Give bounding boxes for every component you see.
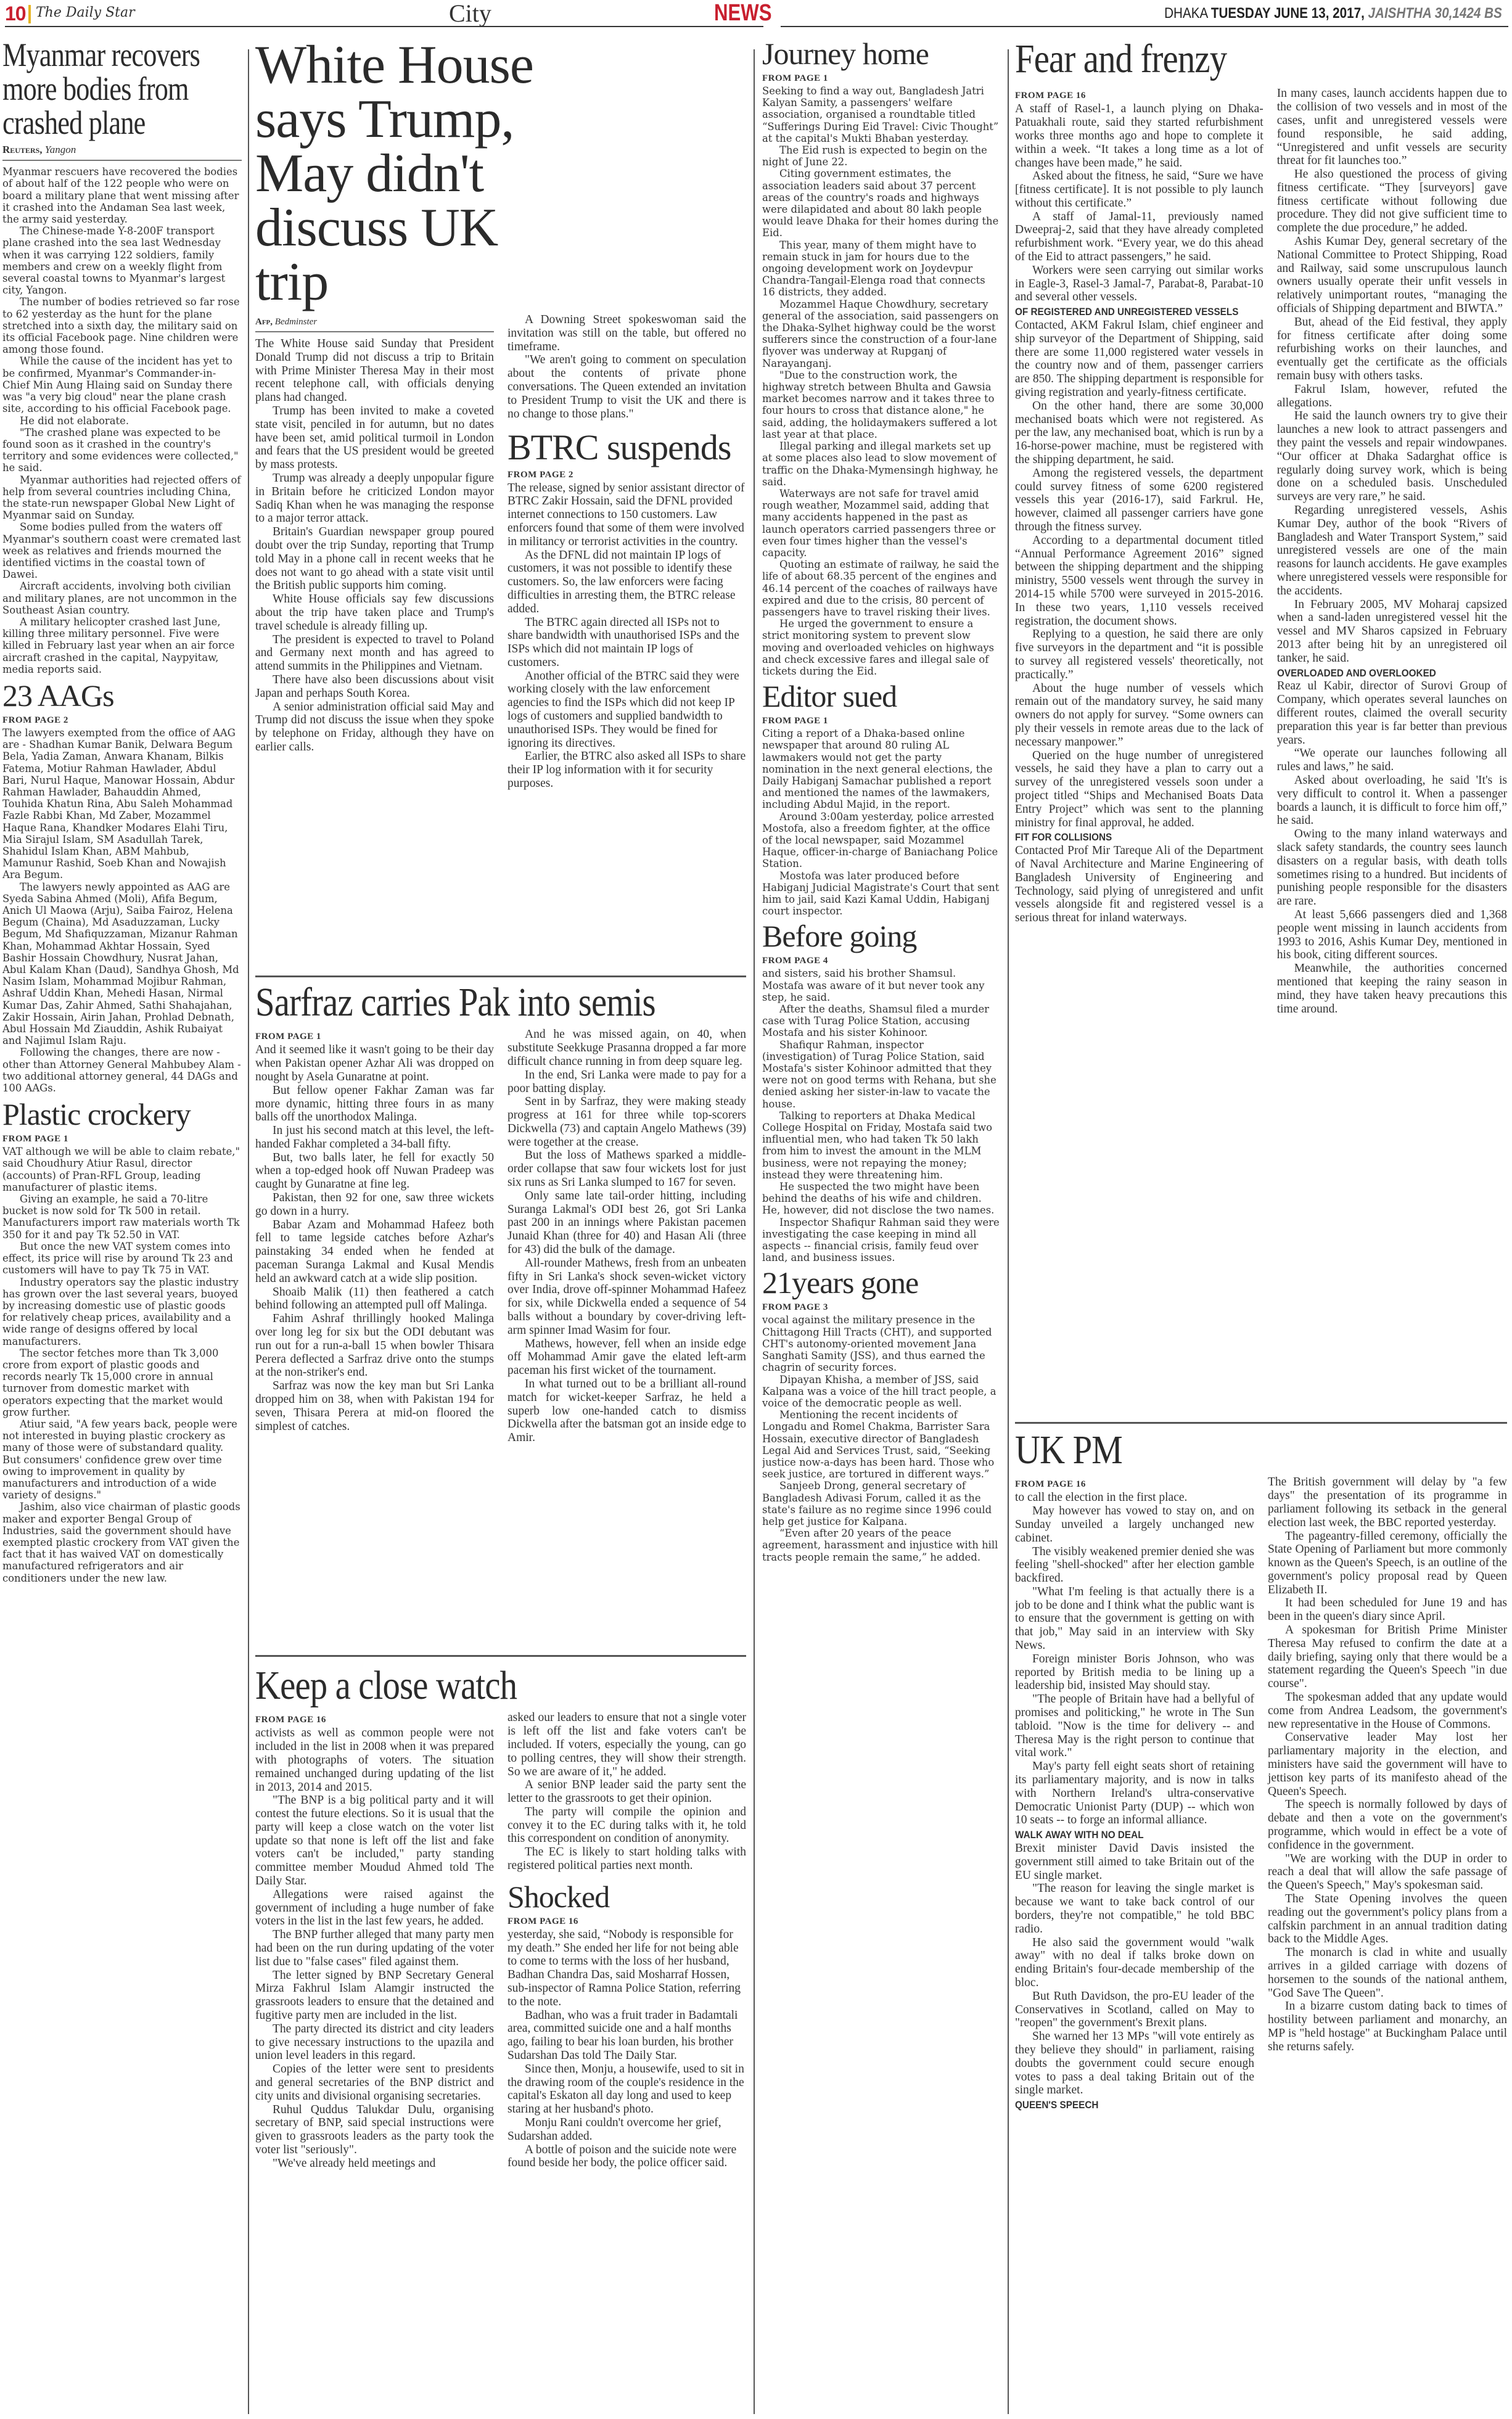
paragraph: “We operate our launches following all r… [1277, 747, 1507, 774]
paragraph: Replying to a question, he said there ar… [1015, 628, 1263, 681]
headline-btrc: BTRC suspends [507, 429, 746, 466]
article-body: The lawyers exempted from the office of … [2, 727, 242, 1094]
paragraph: The sector fetches more than Tk 3,000 cr… [2, 1347, 242, 1418]
headline-21-years-gone: 21years gone [762, 1267, 1000, 1299]
masthead-rule [781, 26, 1508, 27]
paragraph: Brexit minister David Davis insisted the… [1015, 1842, 1254, 1882]
paragraph: asked our leaders to ensure that not a s… [507, 1711, 746, 1778]
byline: Afp, Bedminster [255, 317, 494, 327]
paragraph: A senior BNP leader said the party sent … [507, 1778, 746, 1805]
dateline-date: TUESDAY JUNE 13, 2017, [1211, 5, 1365, 22]
paragraph: On the other hand, there are some 30,000… [1015, 400, 1263, 467]
paragraph: Fakrul Islam, however, refuted the alleg… [1277, 383, 1507, 410]
paragraph: In a bizarre custom dating back to times… [1268, 2000, 1507, 2053]
paragraph: Shafiqur Rahman, inspector (investigatio… [762, 1039, 1000, 1110]
subheading: OF REGISTERED AND UNREGISTERED VESSELS [1015, 305, 1238, 319]
paragraph: The lawyers newly appointed as AAG are S… [2, 881, 242, 1047]
paragraph: “Even after 20 years of the peace agreem… [762, 1527, 1000, 1563]
paragraph: "The people of Britain have had a bellyf… [1015, 1693, 1254, 1760]
paragraph: Atiur said, "A few years back, people we… [2, 1418, 242, 1501]
paragraph: Meanwhile, the authorities concerned men… [1277, 962, 1507, 1016]
paragraph: May's party fell eight seats short of re… [1015, 1760, 1254, 1827]
paragraph: Owing to the many inland waterways and s… [1277, 828, 1507, 908]
from-page-label: FROM PAGE 4 [762, 956, 1000, 966]
paragraph: vocal against the military presence in t… [762, 1314, 1000, 1373]
paragraph: He urged the government to ensure a stri… [762, 618, 1000, 677]
paragraph: "Due to the construction work, the highw… [762, 369, 1000, 440]
byline-rule [255, 331, 494, 332]
paragraph: While the cause of the incident has yet … [2, 355, 242, 414]
paragraph: The president is expected to travel to P… [255, 633, 494, 673]
article-keep-close-watch: Keep a close watch FROM PAGE 16 activist… [255, 1665, 746, 2414]
paragraph: White House officials say few discussion… [255, 593, 494, 633]
paragraph: Seeking to find a way out, Bangladesh Ja… [762, 85, 1000, 144]
paragraph: Conservative leader May lost her parliam… [1268, 1731, 1507, 1798]
paragraph: He also questioned the process of giving… [1277, 168, 1507, 235]
headline-uk-pm: UK PM [1015, 1429, 1438, 1471]
paragraph: He said the launch owners try to give th… [1277, 409, 1507, 504]
block-white-house: White House says Trump, May didn't discu… [255, 38, 746, 975]
paragraph: Giving an example, he said a 70-litre bu… [2, 1193, 242, 1241]
article-uk-pm: UK PM FROM PAGE 16 to call the election … [1015, 1429, 1507, 2414]
paragraph: Sent in by Sarfraz, they were making ste… [507, 1095, 746, 1149]
from-page-label: FROM PAGE 16 [1015, 91, 1263, 101]
paragraph: A Downing Street spokeswoman said the in… [507, 313, 746, 353]
headline-plastic-crockery: Plastic crockery [2, 1099, 242, 1130]
article-aags: 23 AAGs FROM PAGE 2 The lawyers exempted… [2, 680, 242, 1094]
paragraph: The party will compile the opinion and c… [507, 1805, 746, 1846]
article-shocked: Shocked FROM PAGE 16 yesterday, she said… [507, 1881, 746, 2170]
subheading: OVERLOADED AND OVERLOOKED [1277, 667, 1484, 680]
paragraph: VAT although we will be able to claim re… [2, 1146, 242, 1193]
paragraph: She warned her 13 MPs "will vote entirel… [1015, 2030, 1254, 2097]
paragraph: The British government will delay by "a … [1268, 1476, 1507, 1529]
paragraph: Inspector Shafiqur Rahman said they were… [762, 1217, 1000, 1264]
from-page-label: FROM PAGE 2 [2, 715, 242, 726]
paragraph: A senior administration official said Ma… [255, 700, 494, 754]
paragraph: The White House said Sunday that Preside… [255, 337, 494, 405]
article-body: activists as well as common people were … [255, 1727, 494, 2170]
article-body: A staff of Rasel-1, a launch plying on D… [1015, 102, 1263, 925]
column-center-right: Journey home FROM PAGE 1 Seeking to find… [762, 38, 1000, 2412]
dateline-bangla-date: JAISHTHA 30,1424 BS [1365, 5, 1502, 22]
section-title: City [449, 0, 491, 28]
page-number-divider [28, 5, 31, 23]
paragraph: Citing a report of a Dhaka-based online … [762, 728, 1000, 810]
paragraph: "We've already held meetings and [255, 2157, 494, 2171]
paragraph: Ruhul Quddus Talukdar Dulu, organising s… [255, 2103, 494, 2157]
paragraph: Trump was already a deeply unpopular fig… [255, 472, 494, 525]
paragraph: Jashim, also vice chairman of plastic go… [2, 1501, 242, 1583]
paragraph: At least 5,666 passengers died and 1,368… [1277, 908, 1507, 962]
headline-white-house: White House says Trump, May didn't discu… [255, 38, 576, 310]
from-page-label: FROM PAGE 16 [1015, 1479, 1254, 1490]
paragraph: Fahim Ashraf thrillingly hooked Malinga … [255, 1312, 494, 1379]
paragraph: yesterday, she said, “Nobody is responsi… [507, 1928, 746, 2009]
paragraph: The release, signed by senior assistant … [507, 482, 746, 549]
paragraph: Contacted Prof Mir Tareque Ali of the De… [1015, 844, 1263, 925]
paragraph: A staff of Jamal-11, previously named Dw… [1015, 210, 1263, 264]
paragraph: Myanmar authorities had rejected offers … [2, 474, 242, 522]
column-divider [1008, 49, 1009, 2414]
column-left: Myanmar recovers more bodies from crashe… [2, 38, 242, 2412]
article-body: Seeking to find a way out, Bangladesh Ja… [762, 85, 1000, 677]
byline-place: Bedminster [275, 317, 317, 327]
article-body: The White House said Sunday that Preside… [255, 337, 494, 754]
paragraph: "The BNP is a big political party and it… [255, 1794, 494, 1888]
article-body: yesterday, she said, “Nobody is responsi… [507, 1928, 746, 2170]
paragraph: But Ruth Davidson, the pro-EU leader of … [1015, 1990, 1254, 2030]
paragraph: In just his second match at this level, … [255, 1124, 494, 1151]
article-body: asked our leaders to ensure that not a s… [507, 1711, 746, 1873]
paragraph: He also said the government would "walk … [1015, 1936, 1254, 1990]
headline-myanmar: Myanmar recovers more bodies from crashe… [2, 38, 240, 140]
paragraph: Sarfraz was now the key man but Sri Lank… [255, 1379, 494, 1433]
headline-sarfraz: Sarfraz carries Pak into semis [255, 982, 678, 1023]
paragraph: Mathews, however, fell when an inside ed… [507, 1337, 746, 1378]
paragraph: The pageantry-filled ceremony, officiall… [1268, 1530, 1507, 1597]
news-label: NEWS [714, 0, 771, 27]
paragraph: This year, many of them might have to re… [762, 239, 1000, 298]
paragraph: Around 3:00am yesterday, police arrested… [762, 811, 1000, 870]
from-page-label: FROM PAGE 1 [762, 716, 1000, 726]
article-body: And he was missed again, on 40, when sub… [507, 1028, 746, 1445]
section-divider [255, 1655, 746, 1657]
paragraph: Britain's Guardian newspaper group poure… [255, 525, 494, 593]
paragraph: In the end, Sri Lanka were made to pay f… [507, 1069, 746, 1096]
paragraph: But fellow opener Fakhar Zaman was far m… [255, 1084, 494, 1124]
headline-before-going: Before going [762, 921, 1000, 952]
byline: Reuters, Yangon [2, 144, 242, 156]
paragraph: And he was missed again, on 40, when sub… [507, 1028, 746, 1068]
column-divider [754, 49, 755, 2414]
paragraph: About the huge number of vessels which r… [1015, 682, 1263, 749]
paragraph: Reaz ul Kabir, director of Surovi Group … [1277, 680, 1507, 747]
paragraph: Earlier, the BTRC also asked all ISPs to… [507, 750, 746, 790]
headline-keep-close-watch: Keep a close watch [255, 1665, 678, 1706]
paragraph: Asked about the fitness, he said, “Sure … [1015, 170, 1263, 210]
paragraph: Myanmar rescuers have recovered the bodi… [2, 166, 242, 225]
paragraph: Monju Rani couldn't overcome her grief, … [507, 2116, 746, 2143]
paragraph: And it seemed like it wasn't going to be… [255, 1043, 494, 1083]
page-number: 10 [5, 2, 26, 25]
paragraph: Only same late tail-order hitting, inclu… [507, 1189, 746, 1257]
paragraph: In many cases, launch accidents happen d… [1277, 87, 1507, 168]
paragraph: Another official of the BTRC said they w… [507, 670, 746, 750]
headline-journey-home: Journey home [762, 38, 1000, 70]
paragraph: The Eid rush is expected to begin on the… [762, 144, 1000, 168]
paragraph: "The reason for leaving the single marke… [1015, 1882, 1254, 1936]
paragraph: Trump has been invited to make a coveted… [255, 405, 494, 472]
article-body: Myanmar rescuers have recovered the bodi… [2, 166, 242, 675]
article-btrc: BTRC suspends FROM PAGE 2 The release, s… [507, 429, 746, 790]
article-sarfraz: Sarfraz carries Pak into semis FROM PAGE… [255, 982, 746, 1604]
paragraph: But the loss of Mathews sparked a middle… [507, 1149, 746, 1189]
column-divider [248, 49, 249, 2414]
article-body: The British government will delay by "a … [1268, 1476, 1507, 2053]
from-page-label: FROM PAGE 1 [2, 1134, 242, 1144]
article-body: to call the election in the first place.… [1015, 1491, 1254, 2112]
article-journey-home: Journey home FROM PAGE 1 Seeking to find… [762, 38, 1000, 677]
from-page-label: FROM PAGE 16 [507, 1916, 746, 1927]
paragraph: A staff of Rasel-1, a launch plying on D… [1015, 102, 1263, 170]
section-divider [1015, 1422, 1507, 1424]
paragraph: Regarding unregistered vessels, Ashis Ku… [1277, 504, 1507, 598]
paragraph: Asked about overloading, he said 'It's i… [1277, 774, 1507, 828]
paragraph: "We aren't going to comment on speculati… [507, 353, 746, 421]
article-body: Citing a report of a Dhaka-based online … [762, 728, 1000, 917]
article-fear-and-frenzy: Fear and frenzy FROM PAGE 16 A staff of … [1015, 38, 1507, 1419]
paragraph: All-rounder Mathews, fresh from an unbea… [507, 1257, 746, 1337]
subheading: FIT FOR COLLISIONS [1015, 831, 1238, 844]
byline-place: Yangon [45, 144, 76, 155]
paragraph: The BTRC again directed all ISPs not to … [507, 616, 746, 670]
headline-fear-and-frenzy: Fear and frenzy [1015, 38, 1438, 80]
paragraph: A bottle of poison and the suicide note … [507, 2143, 746, 2171]
section-divider [255, 975, 746, 977]
paragraph: The letter signed by BNP Secretary Gener… [255, 1969, 494, 2023]
paragraph: Quoting an estimate of railway, he said … [762, 559, 1000, 618]
paragraph: The number of bodies retrieved so far ro… [2, 296, 242, 355]
paragraph: Mostofa was later produced before Habiga… [762, 870, 1000, 918]
paragraph: He suspected the two might have been beh… [762, 1181, 1000, 1217]
byline-agency: Reuters, [2, 144, 43, 155]
paragraph: The spokesman added that any update woul… [1268, 1691, 1507, 1731]
paragraph: Copies of the letter were sent to presid… [255, 2063, 494, 2103]
paragraph: Among the registered vessels, the depart… [1015, 467, 1263, 534]
paragraph: The State Opening involves the queen rea… [1268, 1892, 1507, 1946]
paragraph: The EC is likely to start holding talks … [507, 1846, 746, 1873]
paragraph: Workers were seen carrying out similar w… [1015, 264, 1263, 304]
paragraph: After the deaths, Shamsul filed a murder… [762, 1003, 1000, 1039]
article-body: VAT although we will be able to claim re… [2, 1146, 242, 1584]
paragraph: A spokesman for British Prime Minister T… [1268, 1624, 1507, 1691]
article-myanmar: Myanmar recovers more bodies from crashe… [2, 38, 242, 675]
subheading: WALK AWAY WITH NO DEAL [1015, 1828, 1230, 1842]
paragraph: The lawyers exempted from the office of … [2, 727, 242, 881]
article-21-years-gone: 21years gone FROM PAGE 3 vocal against t… [762, 1267, 1000, 1563]
paragraph: May however has vowed to stay on, and on… [1015, 1505, 1254, 1545]
paragraph: Following the changes, there are now - o… [2, 1046, 242, 1094]
paragraph: The Chinese-made Y-8-200F transport plan… [2, 225, 242, 296]
paragraph: There have also been discussions about v… [255, 673, 494, 700]
paragraph: Babar Azam and Mohammad Hafeez both fell… [255, 1218, 494, 1286]
paragraph: But, two balls later, he fell for exactl… [255, 1151, 494, 1191]
paragraph: activists as well as common people were … [255, 1727, 494, 1794]
paragraph: Ashis Kumar Dey, general secretary of th… [1277, 235, 1507, 316]
paper-logo: The Daily Star [36, 5, 135, 20]
paragraph: A military helicopter crashed last June,… [2, 616, 242, 675]
byline-rule [2, 160, 242, 161]
masthead-rule [5, 26, 763, 27]
article-before-going: Before going FROM PAGE 4 and sisters, sa… [762, 921, 1000, 1263]
paragraph: Aircraft accidents, involving both civil… [2, 580, 242, 616]
paragraph: As the DFNL did not maintain IP logs of … [507, 549, 746, 616]
headline-shocked: Shocked [507, 1881, 746, 1913]
paragraph: Citing government estimates, the associa… [762, 168, 1000, 239]
paragraph: Mozammel Haque Chowdhury, secretary gene… [762, 298, 1000, 369]
paragraph: The BNP further alleged that many party … [255, 1928, 494, 1968]
from-page-label: FROM PAGE 2 [507, 470, 746, 480]
paragraph: In February 2005, MV Moharaj capsized wh… [1277, 598, 1507, 665]
article-plastic-crockery: Plastic crockery FROM PAGE 1 VAT althoug… [2, 1099, 242, 1584]
paragraph: to call the election in the first place. [1015, 1491, 1254, 1505]
article-body: The release, signed by senior assistant … [507, 482, 746, 791]
byline-agency: Afp, [255, 317, 273, 327]
paragraph: and sisters, said his brother Shamsul. M… [762, 967, 1000, 1003]
paragraph: Queried on the huge number of unregister… [1015, 749, 1263, 830]
article-body: A Downing Street spokeswoman said the in… [507, 313, 746, 421]
paragraph: "We are working with the DUP in order to… [1268, 1852, 1507, 1892]
paragraph: But once the new VAT system comes into e… [2, 1241, 242, 1276]
paragraph: He did not elaborate. [2, 415, 242, 427]
headline-aags: 23 AAGs [2, 680, 242, 712]
paragraph: Since then, Monju, a housewife, used to … [507, 2063, 746, 2116]
article-editor-sued: Editor sued FROM PAGE 1 Citing a report … [762, 681, 1000, 917]
paragraph: Talking to reporters at Dhaka Medical Co… [762, 1110, 1000, 1181]
paragraph: The monarch is clad in white and usually… [1268, 1946, 1507, 2000]
paragraph: Shoaib Malik (11) then feathered a catch… [255, 1286, 494, 1313]
paragraph: Illegal parking and illegal markets set … [762, 440, 1000, 488]
paragraph: Industry operators say the plastic indus… [2, 1276, 242, 1347]
paragraph: The speech is normally followed by days … [1268, 1798, 1507, 1852]
dateline-city: DHAKA [1164, 5, 1211, 22]
from-page-label: FROM PAGE 16 [255, 1715, 494, 1725]
article-body: and sisters, said his brother Shamsul. M… [762, 967, 1000, 1263]
article-body: In many cases, launch accidents happen d… [1277, 87, 1507, 1016]
paragraph: It had been scheduled for June 19 and ha… [1268, 1596, 1507, 1624]
paragraph: Dipayan Khisha, a member of JSS, said Ka… [762, 1374, 1000, 1410]
paragraph: Contacted, AKM Fakrul Islam, chief engin… [1015, 319, 1263, 400]
paragraph: Sanjeeb Drong, general secretary of Bang… [762, 1480, 1000, 1527]
paragraph: The party directed its district and city… [255, 2023, 494, 2063]
masthead: 10 The Daily Star City NEWS DHAKA TUESDA… [5, 0, 1507, 30]
paragraph: Allegations were raised against the gove… [255, 1888, 494, 1928]
article-body: And it seemed like it wasn't going to be… [255, 1043, 494, 1433]
dateline: DHAKA TUESDAY JUNE 13, 2017, JAISHTHA 30… [1164, 5, 1502, 22]
paragraph: Some bodies pulled from the waters off M… [2, 521, 242, 580]
paragraph: Foreign minister Boris Johnson, who was … [1015, 1653, 1254, 1693]
article-body: vocal against the military presence in t… [762, 1314, 1000, 1563]
paragraph: "The crashed plane was expected to be fo… [2, 427, 242, 474]
paragraph: Waterways are not safe for travel amid r… [762, 488, 1000, 559]
headline-editor-sued: Editor sued [762, 681, 1000, 712]
from-page-label: FROM PAGE 3 [762, 1302, 1000, 1313]
paragraph: According to a departmental document tit… [1015, 534, 1263, 628]
paragraph: Pakistan, then 92 for one, saw three wic… [255, 1191, 494, 1218]
from-page-label: FROM PAGE 1 [255, 1032, 494, 1042]
subheading: QUEEN'S SPEECH [1015, 2098, 1230, 2112]
paragraph: Badhan, who was a fruit trader in Badamt… [507, 2009, 746, 2063]
paragraph: Mentioning the recent incidents of Longa… [762, 1409, 1000, 1480]
paragraph: In what turned out to be a brilliant all… [507, 1378, 746, 1445]
from-page-label: FROM PAGE 1 [762, 73, 1000, 84]
paragraph: "What I'm feeling is that actually there… [1015, 1585, 1254, 1653]
paragraph: But, ahead of the Eid festival, they app… [1277, 316, 1507, 383]
paragraph: The visibly weakened premier denied she … [1015, 1545, 1254, 1585]
